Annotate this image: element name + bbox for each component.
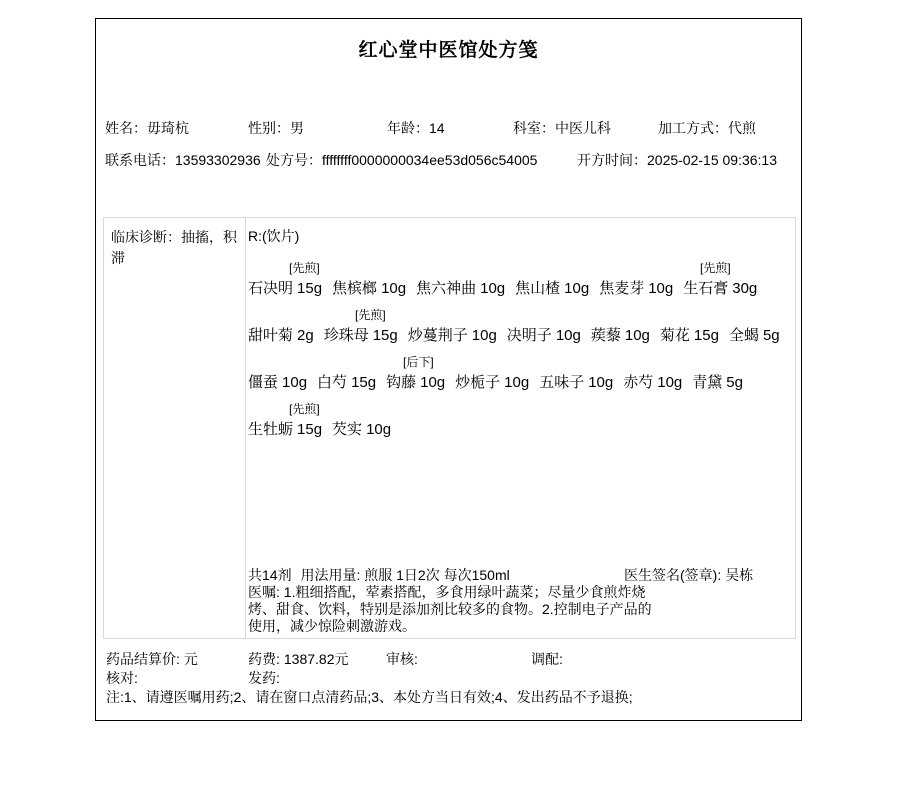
medicine-name: 生石膏 [683,280,728,297]
medicine-name: 芡实 [332,421,362,438]
medicine-dose: 10g [366,421,391,438]
medicine-item: 焦麦芽10g [599,280,673,297]
medicine-dose: 10g [564,280,589,297]
medicine-name: 焦麦芽 [599,280,644,297]
department-label: 科室： [513,120,555,136]
medicine-dose: 15g [351,374,376,391]
medicine-item: 焦山楂10g [515,280,589,297]
processing-method-label: 加工方式： [658,120,728,136]
prescription-number-field: 处方号：ffffffff0000000034ee53d056c54005 [266,150,537,170]
patient-name-value: 毋琦杭 [147,120,189,136]
medicine-name: 僵蚕 [248,374,278,391]
doctor-signature-field: 医生签名(签章):吴栋 [624,565,753,585]
medicine-item: 赤芍10g [623,374,682,391]
patient-name-field: 姓名：毋琦杭 [105,118,189,138]
medicine-dose: 15g [694,327,719,344]
medicine-dose: 10g [588,374,613,391]
medical-advice-text: 1.粗细搭配，荤素搭配，多食用绿叶蔬菜；尽量少食煎炸烧烤、甜食、饮料，特别是添加… [248,584,652,634]
decoction-tag-row: [先煎][先煎] [248,255,791,277]
medicine-name: 焦六神曲 [416,280,476,297]
medicine-item: 生石膏30g [683,280,757,297]
medicine-item: 焦槟榔10g [332,280,406,297]
medicine-item: 决明子10g [507,327,581,344]
decoction-method-tag: [先煎] [289,259,320,276]
doctor-signature-label: 医生签名(签章): [624,567,721,583]
medicine-item: 菊花15g [660,327,719,344]
usage-value: 煎服 1日2次 每次150ml [364,567,509,583]
medicine-name: 珍珠母 [324,327,369,344]
medicine-name: 五味子 [539,374,584,391]
decoction-tag-row: [后下] [248,349,791,371]
rx-line: [先煎]甜叶菊2g珍珠母15g炒蔓荆子10g决明子10g蒺藜10g菊花15g全蝎… [248,302,791,349]
medicine-item: 珍珠母15g [324,327,398,344]
patient-gender-field: 性别：男 [248,118,304,138]
department-value: 中医儿科 [555,120,611,136]
medicine-name: 白芍 [317,374,347,391]
medicine-item: 五味子10g [539,374,613,391]
diagnosis-label: 临床诊断： [111,229,181,245]
issued-time-value: 2025-02-15 09:36:13 [647,152,777,168]
doctor-name: 吴栋 [725,567,753,583]
processing-method-field: 加工方式：代煎 [658,118,756,138]
medicine-row: 石决明15g焦槟榔10g焦六神曲10g焦山楂10g焦麦芽10g生石膏30g [248,277,791,302]
medicine-dose: 15g [297,421,322,438]
medicine-name: 焦山楂 [515,280,560,297]
medicine-dose: 10g [648,280,673,297]
prescription-number-value: ffffffff0000000034ee53d056c54005 [322,152,537,168]
medicine-name: 焦槟榔 [332,280,377,297]
medicine-list: [先煎][先煎]石决明15g焦槟榔10g焦六神曲10g焦山楂10g焦麦芽10g生… [248,255,791,443]
medicine-item: 僵蚕10g [248,374,307,391]
phone-field: 联系电话：13593302936 [105,150,261,170]
department-field: 科室：中医儿科 [513,118,611,138]
medicine-fee-label: 药费: [248,651,280,667]
medicine-name: 全蝎 [729,327,759,344]
usage-label: 用法用量: [300,567,360,583]
dosage-summary-row: 共14剂 用法用量: 煎服 1日2次 每次150ml 医生签名(签章):吴栋 [248,565,791,583]
medicine-item: 青黛5g [692,374,743,391]
medicine-dose: 15g [297,280,322,297]
issued-time-label: 开方时间： [577,152,647,168]
medicine-name: 甜叶菊 [248,327,293,344]
medicine-dose: 5g [726,374,743,391]
patient-gender-value: 男 [290,120,304,136]
rx-line: [先煎]生牡蛎15g芡实10g [248,396,791,443]
dispense-field: 调配: [531,649,563,669]
decoction-method-tag: [后下] [403,353,434,370]
patient-age-field: 年龄：14 [387,118,445,138]
medicine-fee-value: 1387.82元 [284,651,349,667]
medicine-dose: 10g [504,374,529,391]
rx-line: [后下]僵蚕10g白芍15g钩藤10g炒栀子10g五味子10g赤芍10g青黛5g [248,349,791,396]
medicine-name: 钩藤 [386,374,416,391]
medicine-dose: 15g [373,327,398,344]
medicine-dose: 30g [732,280,757,297]
dose-count-value: 共14剂 [248,567,292,583]
settlement-price-unit: 元 [184,651,198,667]
issue-field: 发药: [248,668,280,688]
prescription-table: 临床诊断：抽搐，积滞 R:(饮片) [先煎][先煎]石决明15g焦槟榔10g焦六… [103,217,796,639]
medicine-name: 炒蔓荆子 [408,327,468,344]
patient-age-label: 年龄： [387,120,429,136]
usage-section: 共14剂 用法用量: 煎服 1日2次 每次150ml 医生签名(签章):吴栋 医… [248,565,791,635]
patient-name-label: 姓名： [105,120,147,136]
medicine-item: 石决明15g [248,280,322,297]
medicine-name: 青黛 [692,374,722,391]
settlement-price-field: 药品结算价:元 [106,649,198,669]
review-field: 审核: [386,649,418,669]
medicine-dose: 10g [472,327,497,344]
prescription-number-label: 处方号： [266,152,322,168]
decoction-method-tag: [先煎] [700,259,731,276]
medicine-item: 炒栀子10g [455,374,529,391]
medicine-item: 芡实10g [332,421,391,438]
patient-age-value: 14 [429,120,445,136]
decoction-method-tag: [先煎] [355,306,386,323]
medicine-name: 决明子 [507,327,552,344]
medicine-item: 全蝎5g [729,327,780,344]
page-canvas: 红心堂中医馆处方笺 姓名：毋琦杭 性别：男 年龄：14 科室：中医儿科 加工方式… [0,0,900,800]
medical-advice: 医嘱: 1.粗细搭配，荤素搭配，多食用绿叶蔬菜；尽量少食煎炸烧烤、甜食、饮料，特… [248,584,654,635]
medicine-item: 焦六神曲10g [416,280,505,297]
phone-value: 13593302936 [175,152,261,168]
medicine-dose: 10g [420,374,445,391]
medicine-name: 生牡蛎 [248,421,293,438]
medicine-name: 菊花 [660,327,690,344]
medicine-dose: 10g [625,327,650,344]
medicine-dose: 5g [763,327,780,344]
medicine-name: 赤芍 [623,374,653,391]
medicine-row: 僵蚕10g白芍15g钩藤10g炒栀子10g五味子10g赤芍10g青黛5g [248,371,791,396]
patient-gender-label: 性别： [248,120,290,136]
phone-label: 联系电话： [105,152,175,168]
medicine-dose: 10g [480,280,505,297]
medicine-fee-field: 药费:1387.82元 [248,649,349,669]
processing-method-value: 代煎 [728,120,756,136]
medicine-dose: 10g [381,280,406,297]
medicine-item: 蒺藜10g [591,327,650,344]
prescription-sheet: 红心堂中医馆处方笺 姓名：毋琦杭 性别：男 年龄：14 科室：中医儿科 加工方式… [95,18,802,721]
medicine-item: 生牡蛎15g [248,421,322,438]
page-title: 红心堂中医馆处方笺 [96,35,801,62]
medicine-row: 甜叶菊2g珍珠母15g炒蔓荆子10g决明子10g蒺藜10g菊花15g全蝎5g [248,324,791,349]
medical-advice-label: 医嘱: [248,584,280,600]
settlement-price-label: 药品结算价: [106,651,180,667]
diagnosis-cell: 临床诊断：抽搐，积滞 [104,218,246,638]
medicine-dose: 2g [297,327,314,344]
medicine-item: 白芍15g [317,374,376,391]
issued-time-field: 开方时间：2025-02-15 09:36:13 [577,150,777,170]
rx-line: [先煎][先煎]石决明15g焦槟榔10g焦六神曲10g焦山楂10g焦麦芽10g生… [248,255,791,302]
rx-cell: R:(饮片) [先煎][先煎]石决明15g焦槟榔10g焦六神曲10g焦山楂10g… [246,218,795,638]
rx-header: R:(饮片) [248,226,791,244]
medicine-name: 石决明 [248,280,293,297]
decoction-method-tag: [先煎] [289,400,320,417]
medicine-dose: 10g [282,374,307,391]
medicine-dose: 10g [556,327,581,344]
decoction-tag-row: [先煎] [248,396,791,418]
medicine-item: 炒蔓荆子10g [408,327,497,344]
medicine-item: 甜叶菊2g [248,327,314,344]
medicine-item: 钩藤10g [386,374,445,391]
medicine-name: 炒栀子 [455,374,500,391]
medicine-name: 蒺藜 [591,327,621,344]
check-field: 核对: [106,668,138,688]
footer-note: 注:1、请遵医嘱用药;2、请在窗口点清药品;3、本处方当日有效;4、发出药品不予… [106,687,633,707]
medicine-dose: 10g [657,374,682,391]
decoction-tag-row: [先煎] [248,302,791,324]
medicine-row: 生牡蛎15g芡实10g [248,418,791,443]
